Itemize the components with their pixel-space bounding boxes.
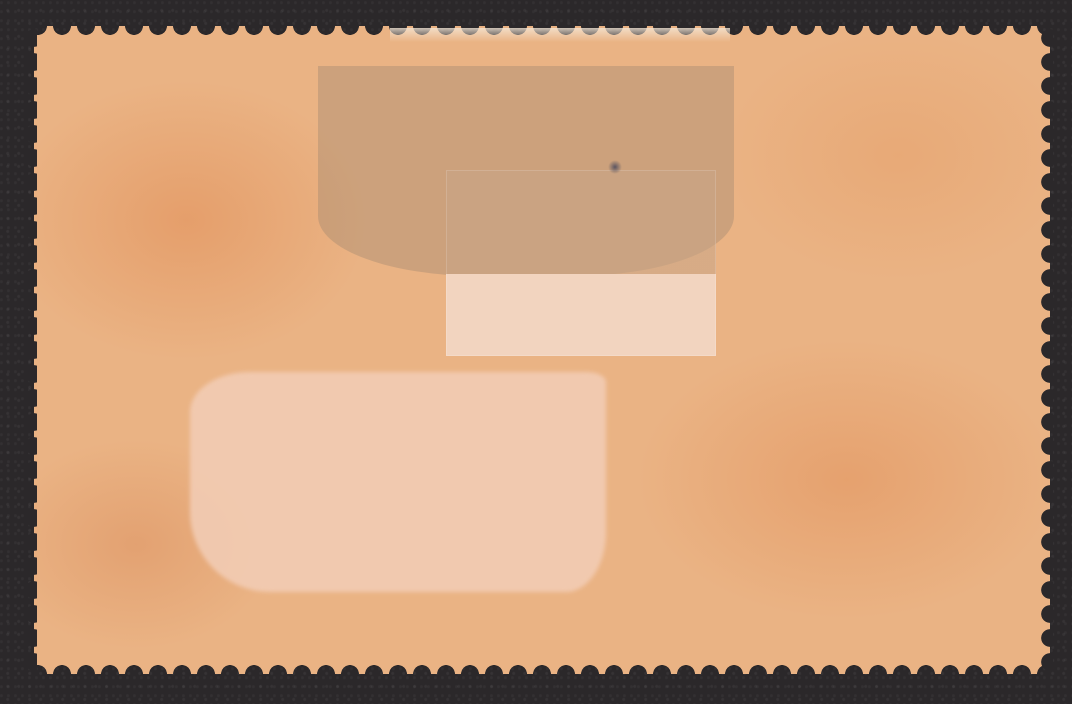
left-perforations	[25, 26, 37, 674]
hinge-remnant-inner	[446, 170, 716, 356]
dark-spot	[608, 160, 622, 174]
thinned-paper-area	[190, 372, 606, 592]
right-perforations	[1041, 26, 1053, 674]
torn-top-edge	[390, 28, 730, 42]
